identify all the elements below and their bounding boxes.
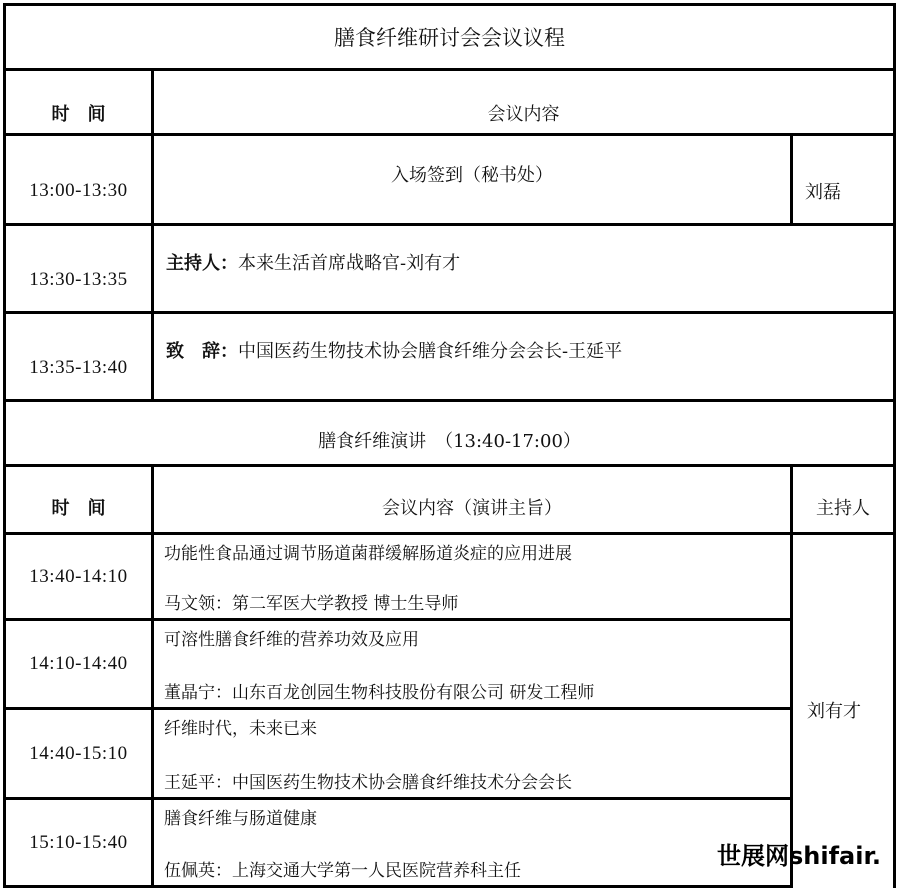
time-cell: 13:40-14:10 (6, 535, 151, 618)
checkin-host: 刘磊 (793, 136, 893, 223)
speech-label: 致 辞： (166, 337, 238, 363)
checkin-content: 入场签到（秘书处） (154, 136, 790, 223)
time-cell: 14:10-14:40 (6, 621, 151, 707)
table-border-right (893, 3, 896, 888)
host-label: 主持人： (166, 249, 238, 275)
header-content: 会议内容（演讲主旨） (154, 467, 790, 532)
time-cell: 15:10-15:40 (6, 800, 151, 885)
talk-item: 功能性食品通过调节肠道菌群缓解肠道炎症的应用进展 马文领：第二军医大学教授 博士… (152, 535, 791, 618)
speech-row-content: 致 辞：中国医药生物技术协会膳食纤维分会会长-王延平 (154, 314, 893, 399)
time-cell: 13:30-13:35 (6, 226, 151, 311)
time-cell: 14:40-15:10 (6, 710, 151, 797)
header-host: 主持人 (793, 467, 893, 532)
header-time: 时 间 (6, 71, 151, 133)
speech-speaker: 中国医药生物技术协会膳食纤维分会会长-王延平 (238, 337, 622, 363)
host-name: 本来生活首席战略官-刘有才 (238, 249, 460, 275)
header-time: 时 间 (6, 467, 151, 532)
agenda-title: 膳食纤维研讨会会议议程 (3, 6, 896, 68)
time-cell: 13:00-13:30 (6, 136, 151, 223)
talk-speaker: 王延平：中国医药生物技术协会膳食纤维技术分会会长 (164, 768, 572, 793)
section-title-lectures: 膳食纤维演讲 （13:40-17:00） (6, 402, 893, 464)
table-border-bottom (3, 885, 793, 888)
talk-item: 可溶性膳食纤维的营养功效及应用 董晶宁：山东百龙创园生物科技股份有限公司 研发工… (152, 621, 791, 707)
talk-item: 膳食纤维与肠道健康 伍佩英：上海交通大学第一人民医院营养科主任 (152, 800, 791, 885)
talks-host: 刘有才 (793, 535, 893, 885)
host-row-content: 主持人：本来生活首席战略官-刘有才 (154, 226, 893, 311)
talk-item: 纤维时代，未来已来 王延平：中国医药生物技术协会膳食纤维技术分会会长 (152, 710, 791, 797)
talk-topic: 可溶性膳食纤维的营养功效及应用 (164, 625, 419, 650)
talk-speaker: 伍佩英：上海交通大学第一人民医院营养科主任 (164, 856, 521, 881)
watermark: 世展网shifair. (717, 836, 881, 871)
talk-topic: 功能性食品通过调节肠道菌群缓解肠道炎症的应用进展 (164, 539, 572, 564)
talk-speaker: 马文领：第二军医大学教授 博士生导师 (164, 589, 458, 614)
talk-topic: 纤维时代，未来已来 (164, 714, 317, 739)
talk-speaker: 董晶宁：山东百龙创园生物科技股份有限公司 研发工程师 (164, 678, 594, 703)
header-content: 会议内容 (154, 71, 893, 133)
time-cell: 13:35-13:40 (6, 314, 151, 399)
talk-topic: 膳食纤维与肠道健康 (164, 804, 317, 829)
